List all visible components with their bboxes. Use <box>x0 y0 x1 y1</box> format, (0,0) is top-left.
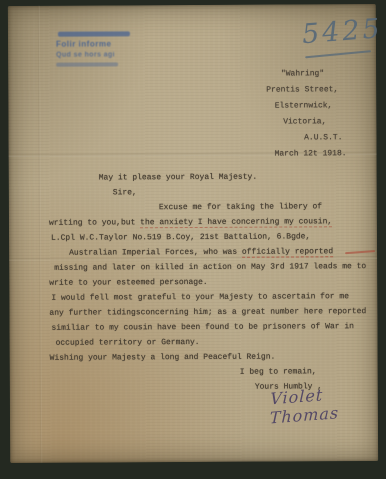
stamp-bar <box>58 31 130 36</box>
stamp-text-line: Qud se hors agi <box>56 51 130 58</box>
salutation-line: May it please your Royal Majesty. <box>47 169 377 186</box>
body-line: writing to you,but the anxiety I have co… <box>47 214 377 231</box>
letter-paper: Folir informe Qud se hors agi 5425 "Wahr… <box>8 4 378 463</box>
body-line: Australian Imperial Forces, who was offi… <box>47 244 377 261</box>
country-line: A.U.S.T. <box>266 130 342 146</box>
handwritten-signature: Violet Thomas <box>269 381 378 427</box>
handwritten-reference-number: 5425 <box>301 13 384 50</box>
salutation-sire: Sire, <box>47 184 377 201</box>
body-line-soldier-details: L.Cpl W.C.Taylor No.519 B.Coy, 21st Batt… <box>47 229 377 246</box>
body-line: occupied territory or Germany. <box>48 334 378 351</box>
suburb-line: Elsternwick, <box>266 98 332 114</box>
letterhead-address-block: "Wahring" Prentis Street, Elsternwick, V… <box>266 66 349 162</box>
state-line: Victoria, <box>266 114 326 130</box>
body-line: Excuse me for taking the libery of <box>47 199 377 216</box>
reference-number-underline <box>305 50 371 58</box>
stamp-underline <box>56 62 118 66</box>
body-line: write to your esteemed personage. <box>47 274 377 291</box>
body-line: Wishing your Majesty a long and Peaceful… <box>48 349 378 366</box>
closing-line: I beg to remain, <box>48 364 378 381</box>
body-line: any further tidingsconcerning him; as a … <box>47 304 377 321</box>
body-line: missing and later on killed in action on… <box>47 259 377 276</box>
red-underlined-text: officially reported <box>242 247 333 257</box>
stamp-text-line: Folir informe <box>56 39 130 48</box>
red-underlined-text: the anxiety I have concerning my cousin, <box>140 217 332 228</box>
body-text: writing to you,but <box>49 218 140 227</box>
body-line: similiar to my cousin have been found to… <box>47 319 377 336</box>
body-line: I would fell most grateful to your Majes… <box>47 289 377 306</box>
censor-stamp: Folir informe Qud se hors agi <box>56 31 130 66</box>
scanned-letter-page: Folir informe Qud se hors agi 5425 "Wahr… <box>0 0 386 479</box>
letter-body: May it please your Royal Majesty. Sire, … <box>47 169 378 396</box>
fold-crease-vertical <box>38 6 42 463</box>
house-name: "Wahring" <box>266 66 324 82</box>
body-text: Australian Imperial Forces, who was <box>69 248 242 258</box>
street-line: Prentis Street, <box>266 82 338 98</box>
date-line: March 12t 1918. <box>267 146 347 162</box>
